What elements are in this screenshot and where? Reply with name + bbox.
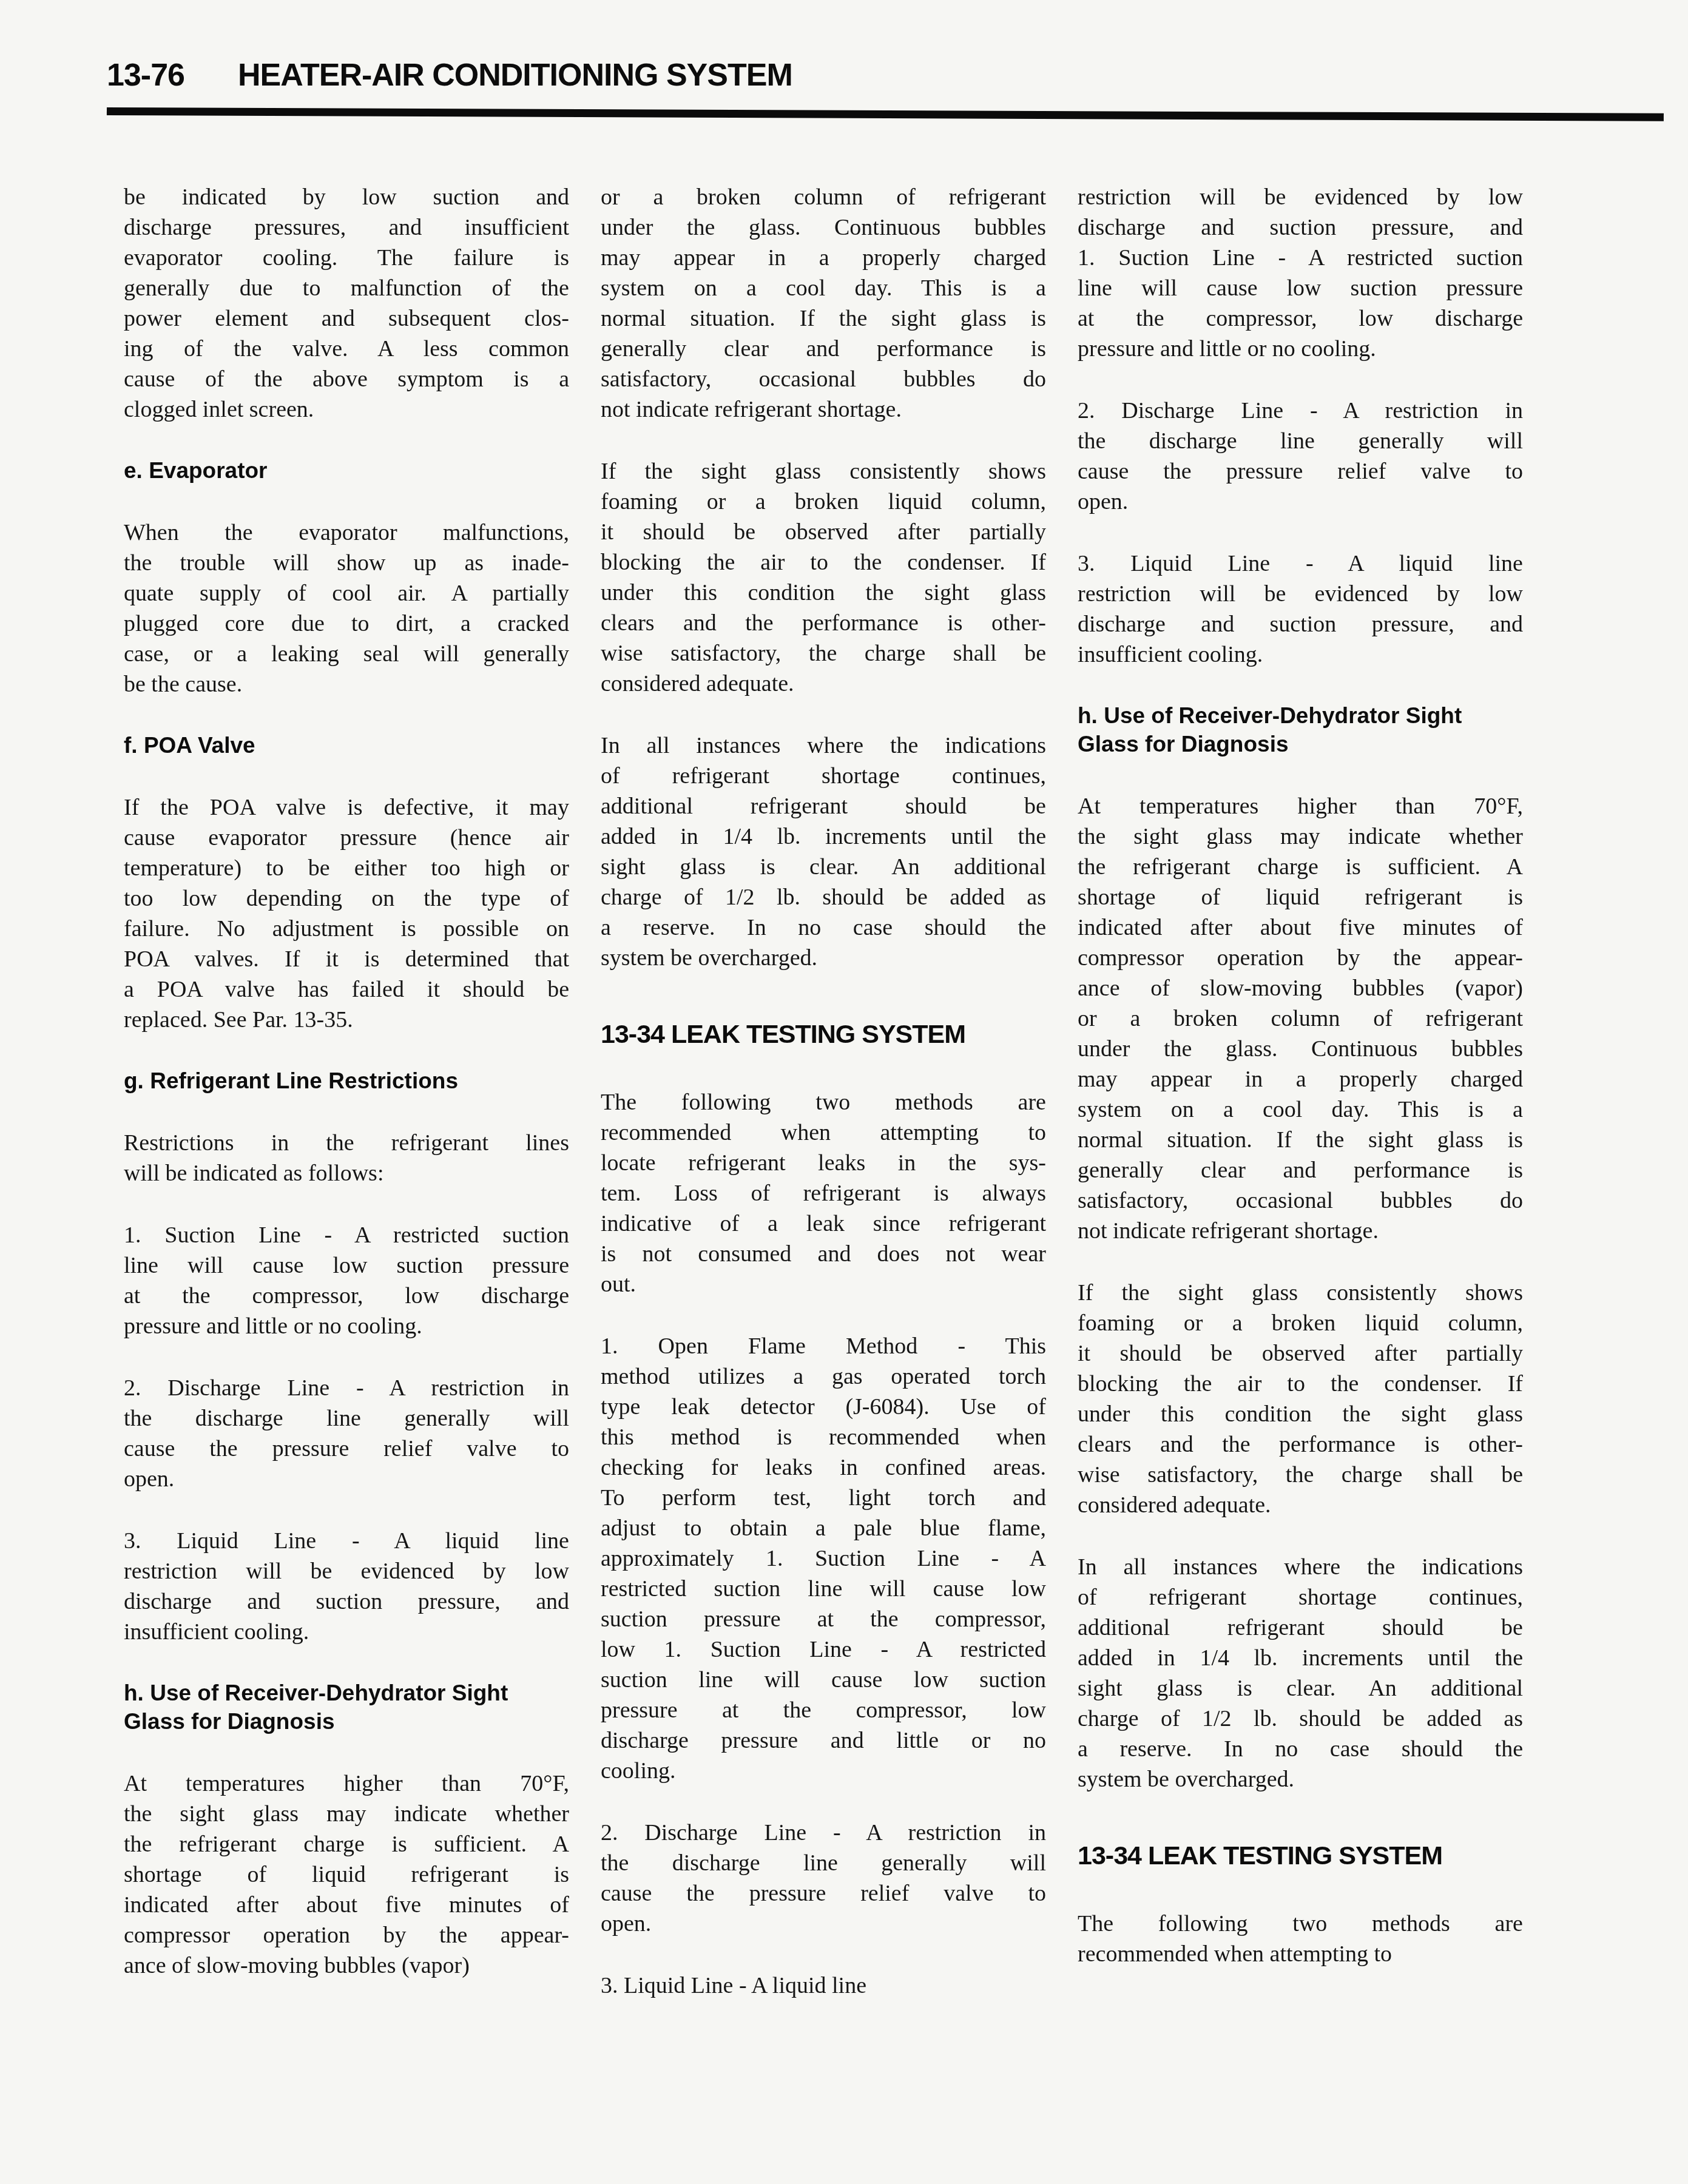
list-item-liquid-line: 3. Liquid Line - A liquid line [601,1970,1046,2001]
paragraph: If the sight glass consistently showsfoa… [1078,1278,1523,1520]
paragraph: The following two methods arerecommended… [601,1087,1046,1299]
paragraph: or a broken column of refrigerantunder t… [601,182,1046,425]
column-3: restriction will be evidenced by lowdisc… [1078,182,1523,2032]
manual-page: 13-76 HEATER-AIR CONDITIONING SYSTEM be … [0,0,1688,2184]
list-item-discharge-line: 2. Discharge Line - A restriction inthe … [601,1818,1046,1939]
paragraph: At temperatures higher than 70°F,the sig… [1078,791,1523,1246]
section-heading-leak-testing: 13-34 LEAK TESTING SYSTEM [1078,1839,1523,1872]
subsection-heading-evaporator: e. Evaporator [124,456,569,485]
page-title: HEATER-AIR CONDITIONING SYSTEM [238,57,792,93]
text-columns: be indicated by low suction anddischarge… [124,182,1523,2032]
page-number: 13-76 [107,57,184,93]
subsection-heading-sight-glass: h. Use of Receiver-Dehydrator SightGlass… [1078,701,1523,758]
list-item-open-flame-method: 1. Open Flame Method - Thismethod utiliz… [601,1331,1046,1786]
paragraph: In all instances where the indicationsof… [1078,1552,1523,1795]
paragraph: If the POA valve is defective, it maycau… [124,792,569,1035]
column-1: be indicated by low suction anddischarge… [124,182,569,2032]
list-item-suction-line: 1. Suction Line - A restricted suctionli… [124,1220,569,1341]
paragraph: When the evaporator malfunctions,the tro… [124,517,569,699]
paragraph: At temperatures higher than 70°F,the sig… [124,1768,569,1981]
subsection-heading-restrictions: g. Refrigerant Line Restrictions [124,1067,569,1095]
paragraph: In all instances where the indicationsof… [601,730,1046,973]
paragraph: Restrictions in the refrigerant lineswil… [124,1128,569,1188]
column-2: or a broken column of refrigerantunder t… [601,182,1046,2032]
section-heading-leak-testing: 13-34 LEAK TESTING SYSTEM [601,1018,1046,1051]
header-rule [107,107,1664,121]
list-item-discharge-line: 2. Discharge Line - A restriction inthe … [1078,396,1523,517]
list-item-liquid-line: 3. Liquid Line - A liquid linerestrictio… [124,1526,569,1647]
paragraph: restriction will be evidenced by lowdisc… [1078,182,1523,364]
list-item-discharge-line: 2. Discharge Line - A restriction inthe … [124,1373,569,1494]
paragraph: The following two methods arerecommended… [1078,1909,1523,1969]
subsection-heading-poa-valve: f. POA Valve [124,731,569,760]
subsection-heading-sight-glass: h. Use of Receiver-Dehydrator SightGlass… [124,1679,569,1736]
page-header: 13-76 HEATER-AIR CONDITIONING SYSTEM [107,57,792,93]
paragraph: If the sight glass consistently showsfoa… [601,456,1046,699]
list-item-liquid-line: 3. Liquid Line - A liquid linerestrictio… [1078,548,1523,670]
paragraph: be indicated by low suction anddischarge… [124,182,569,425]
